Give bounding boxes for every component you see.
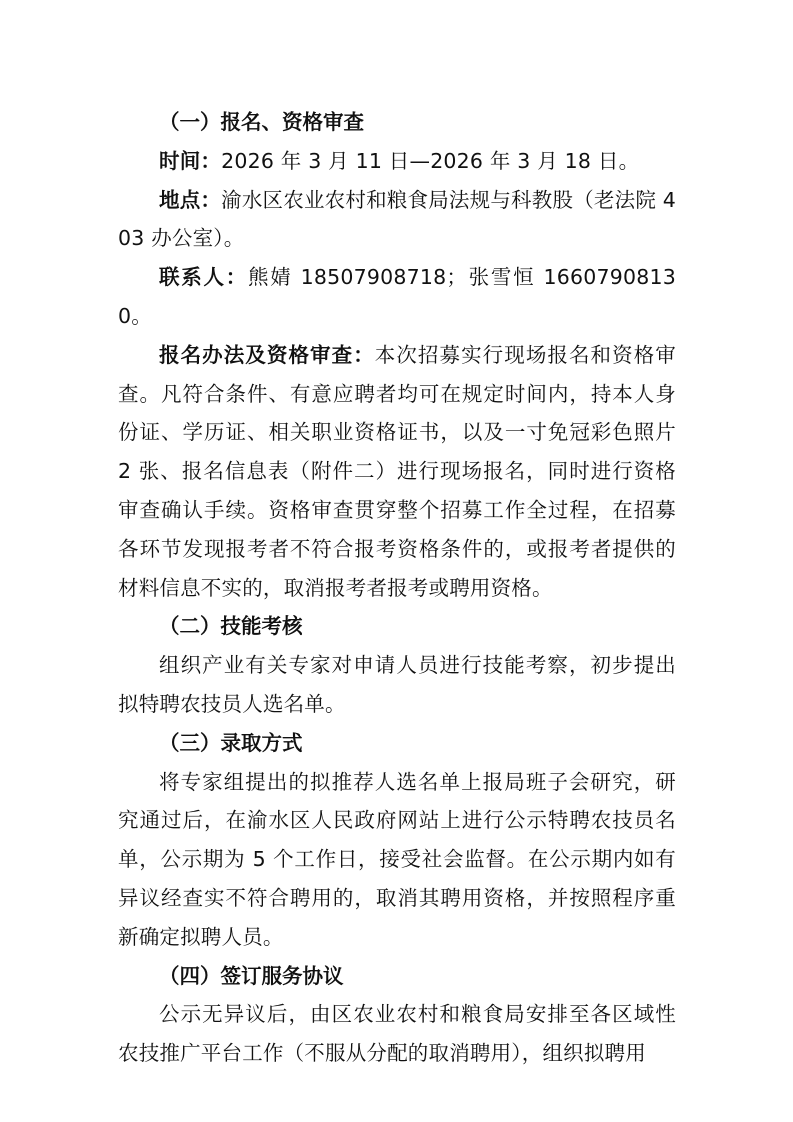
section-heading-registration: （一）报名、资格审查 xyxy=(118,103,676,142)
label-location: 地点： xyxy=(159,188,221,212)
section-heading-service-agreement: （四）签订服务协议 xyxy=(118,957,676,996)
paragraph-location: 地点：渝水区农业农村和粮食局法规与科教股（老法院 403 办公室）。 xyxy=(118,181,676,259)
paragraph-time: 时间：2026 年 3 月 11 日—2026 年 3 月 18 日。 xyxy=(118,142,676,181)
section-heading-admission: （三）录取方式 xyxy=(118,724,676,763)
label-contact: 联系人： xyxy=(159,265,248,289)
text-time: 2026 年 3 月 11 日—2026 年 3 月 18 日。 xyxy=(221,149,639,173)
paragraph-admission: 将专家组提出的拟推荐人选名单上报局班子会研究，研究通过后，在渝水区人民政府网站上… xyxy=(118,763,676,957)
section-heading-skill-assessment: （二）技能考核 xyxy=(118,607,676,646)
label-registration-method: 报名办法及资格审查： xyxy=(159,343,375,367)
paragraph-registration-method: 报名办法及资格审查：本次招募实行现场报名和资格审查。凡符合条件、有意应聘者均可在… xyxy=(118,336,676,608)
document-page: （一）报名、资格审查 时间：2026 年 3 月 11 日—2026 年 3 月… xyxy=(118,103,676,1073)
paragraph-skill-assessment: 组织产业有关专家对申请人员进行技能考察，初步提出拟特聘农技员人选名单。 xyxy=(118,646,676,724)
text-registration-method: 本次招募实行现场报名和资格审查。凡符合条件、有意应聘者均可在规定时间内，持本人身… xyxy=(118,343,676,600)
label-time: 时间： xyxy=(159,149,221,173)
paragraph-contact: 联系人：熊婧 18507908718；张雪恒 16607908130。 xyxy=(118,258,676,336)
paragraph-service-agreement: 公示无异议后，由区农业农村和粮食局安排至各区域性农技推广平台工作（不服从分配的取… xyxy=(118,995,676,1073)
